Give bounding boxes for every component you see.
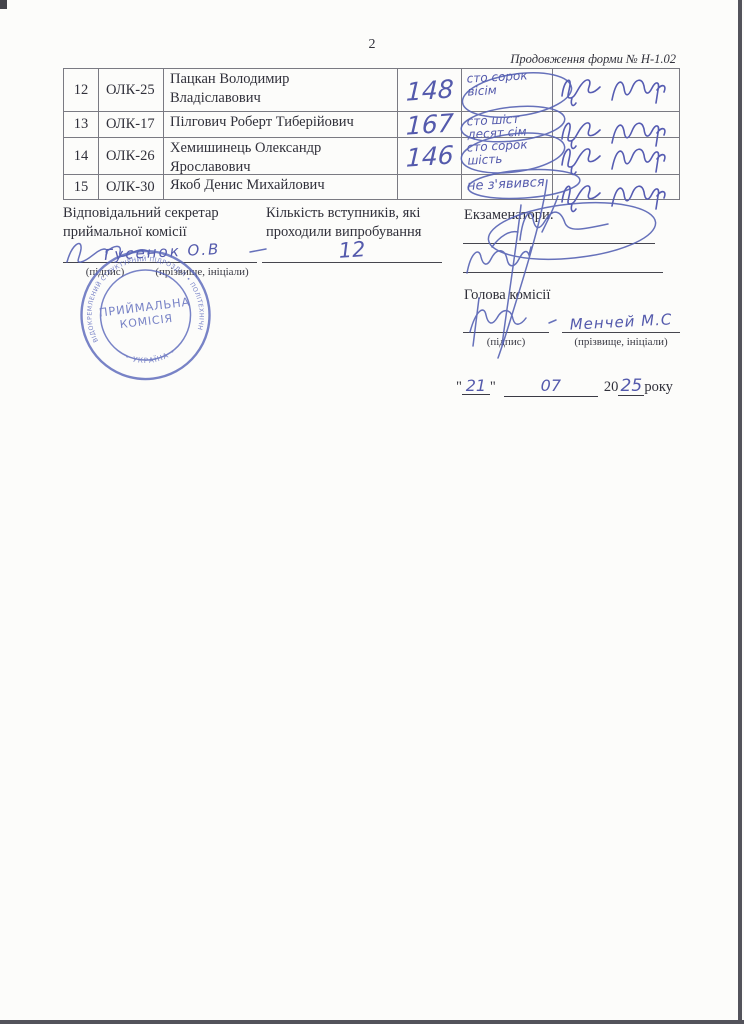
score-words-cell: сто шіст десят сім xyxy=(462,112,553,138)
group-code-cell: ОЛК-30 xyxy=(99,175,164,200)
signature-cell xyxy=(553,112,680,138)
signature-cell xyxy=(553,69,680,112)
examiner-line-1 xyxy=(463,243,655,244)
score-digits-cell: 148 xyxy=(398,69,462,112)
handwritten-score: 146 xyxy=(405,142,453,170)
scan-edge-bottom xyxy=(0,1020,744,1024)
head-signature-line xyxy=(463,332,549,333)
row-number-cell: 14 xyxy=(64,138,99,175)
name-caption: (прізвище, ініціали) xyxy=(560,336,682,348)
group-code-cell: ОЛК-17 xyxy=(99,112,164,138)
handwritten-score-words: не з'явився xyxy=(467,176,545,194)
score-digits-cell: 167 xyxy=(398,112,462,138)
handwritten-month: 07 xyxy=(541,376,561,395)
svg-text:ВІДОКРЕМЛЕНИЙ СТРУКТУРНИЙ ПІДР: ВІДОКРЕМЛЕНИЙ СТРУКТУРНИЙ ПІДРОЗДІЛ • ПО… xyxy=(68,241,207,346)
handwritten-year: 25 xyxy=(618,378,644,396)
examiner-line-2 xyxy=(463,272,663,273)
score-words-cell: сто сорок вісім xyxy=(462,69,553,112)
page-number: 2 xyxy=(0,37,744,53)
examiner-signature-icon xyxy=(554,70,678,110)
handwritten-day: 21 xyxy=(462,378,490,395)
applicant-name-cell: Якоб Денис Михайлович xyxy=(164,175,398,200)
row-number-cell: 15 xyxy=(64,175,99,200)
secretary-title: Відповідальний секретар приймальної комі… xyxy=(63,204,219,242)
handwritten-score-words: сто шіст десят сім xyxy=(466,112,527,140)
row-number-cell: 12 xyxy=(64,69,99,112)
form-continuation-note: Продовження форми № Н-1.02 xyxy=(0,52,676,67)
scan-edge-right xyxy=(738,0,742,1024)
signature-cell xyxy=(553,138,680,175)
examiner-signature-icon xyxy=(554,139,678,179)
score-digits-cell xyxy=(398,175,462,200)
year-prefix: 20 xyxy=(604,379,619,395)
examiner-signature-icon xyxy=(554,176,678,216)
handwritten-score: 167 xyxy=(405,110,453,138)
admission-committee-stamp: ВІДОКРЕМЛЕНИЙ СТРУКТУРНИЙ ПІДРОЗДІЛ • ПО… xyxy=(68,241,224,397)
group-code-cell: ОЛК-26 xyxy=(99,138,164,175)
date-row: "21"072025року xyxy=(456,377,673,397)
handwritten-score-words: сто сорок вісім xyxy=(466,69,528,97)
signature-cell xyxy=(553,175,680,200)
stamp-ring-text: ВІДОКРЕМЛЕНИЙ СТРУКТУРНИЙ ПІДРОЗДІЛ • ПО… xyxy=(68,241,207,346)
svg-text:• УКРАЇНА •: • УКРАЇНА • xyxy=(123,346,179,368)
applicant-name-cell: Хемишинець Олександр Ярославович xyxy=(164,138,398,175)
score-words-cell: сто сорок шість xyxy=(462,138,553,175)
group-code-cell: ОЛК-25 xyxy=(99,69,164,112)
stamp-bottom-text: • УКРАЇНА • xyxy=(123,346,179,368)
results-table: 12 ОЛК-25 Пацкан Володимир Владіславович… xyxy=(63,68,680,200)
handwritten-score-words: сто сорок шість xyxy=(466,138,528,166)
applicant-name-cell: Пацкан Володимир Владіславович xyxy=(164,69,398,112)
scan-corner-notch xyxy=(0,0,7,9)
scanned-document-page: 2 Продовження форми № Н-1.02 12 ОЛК-25 П… xyxy=(0,0,744,1024)
head-handwritten-name: Менчей М.С xyxy=(558,310,685,335)
date-close-quote: " xyxy=(490,379,496,395)
head-label: Голова комісії xyxy=(464,286,550,305)
signature-caption: (підпис) xyxy=(463,336,549,348)
score-words-cell: не з'явився xyxy=(462,175,553,200)
handwritten-score: 148 xyxy=(405,76,453,104)
row-number-cell: 13 xyxy=(64,112,99,138)
applicant-name-cell: Пілгович Роберт Тиберійович xyxy=(164,112,398,138)
examiners-label: Екзаменатори: xyxy=(464,206,554,225)
score-digits-cell: 146 xyxy=(398,138,462,175)
date-suffix: року xyxy=(644,379,673,395)
stamp-icon: ВІДОКРЕМЛЕНИЙ СТРУКТУРНИЙ ПІДРОЗДІЛ • ПО… xyxy=(68,241,224,397)
